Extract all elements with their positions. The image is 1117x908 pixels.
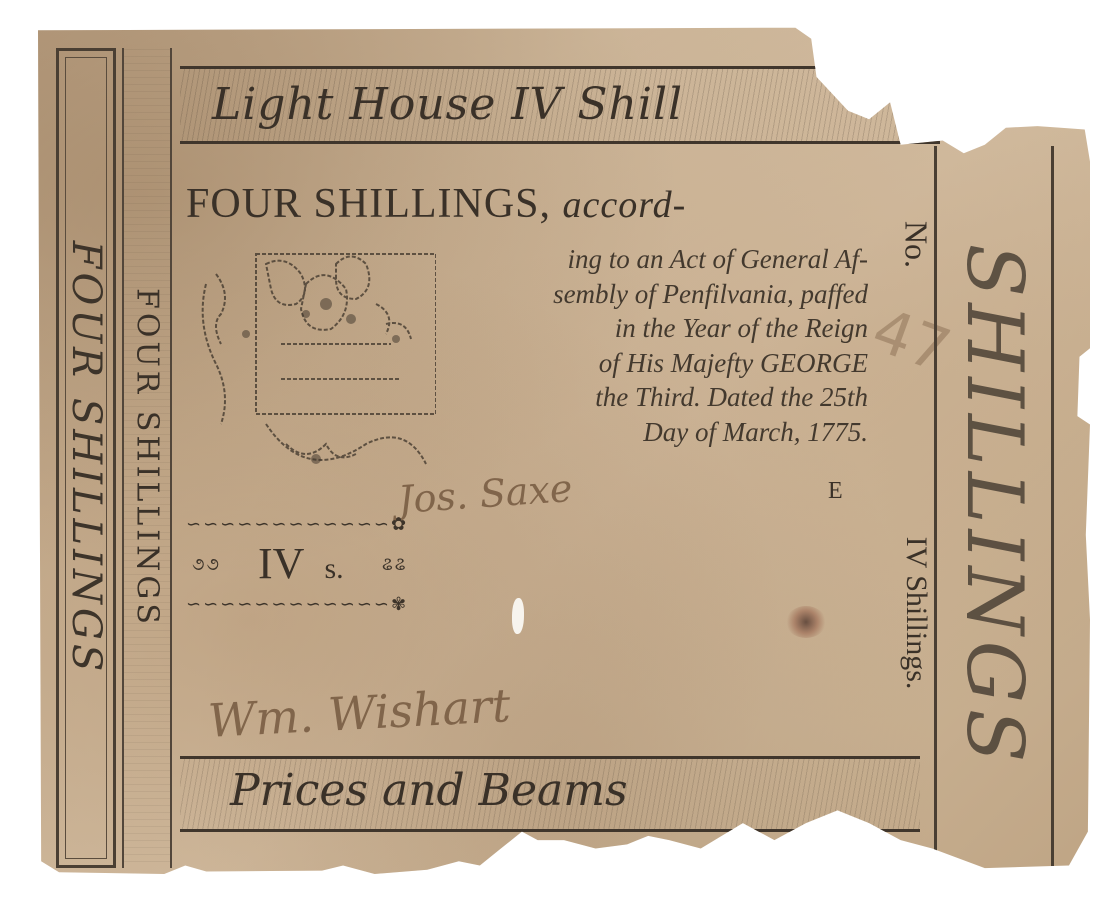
serial-label: No. xyxy=(898,221,935,268)
coat-of-arms-icon xyxy=(186,244,436,506)
scroll-ornament-icon: ૭૭ xyxy=(192,554,232,574)
ornament-border-icon: ∽∽∽∽∽∽∽∽∽∽∽∽✿ xyxy=(186,514,448,534)
signature-2: Wm. Wishart xyxy=(207,678,512,748)
body-line: ing to an Act of General Af- xyxy=(438,242,868,277)
denomination-block: ∽∽∽∽∽∽∽∽∽∽∽∽✿ IVs. ૭૭ ଌଌ ∽∽∽∽∽∽∽∽∽∽∽∽✾ xyxy=(186,508,448,618)
left-inner-text: FOUR SHILLINGS xyxy=(130,288,165,628)
top-banner: Light House IV Shill xyxy=(180,66,940,144)
scroll-ornament-icon: ଌଌ xyxy=(382,554,442,574)
right-decorative-border: SHILLINGS xyxy=(934,146,1054,866)
left-outer-border: FOUR SHILLINGS xyxy=(56,48,116,868)
denomination-unit: s. xyxy=(324,552,343,585)
body-line: of His Majefty GEORGE xyxy=(438,346,868,381)
bottom-banner-text: Prices and Beams xyxy=(230,765,628,816)
body-line: sembly of Penfilvania, paffed xyxy=(438,277,868,312)
heading-main: FOUR SHILLINGS, xyxy=(186,181,551,227)
right-text-column: No. IV Shillings. xyxy=(896,186,936,726)
denomination-numeral: IV xyxy=(258,539,304,588)
plate-letter: E xyxy=(828,478,843,505)
body-line: in the Year of the Reign xyxy=(438,311,868,346)
banknote: FOUR SHILLINGS FOUR SHILLINGS Light Hous… xyxy=(38,26,1090,874)
top-banner-text: Light House IV Shill xyxy=(212,79,683,130)
bottom-banner: Prices and Beams xyxy=(180,756,920,832)
body-line: Day of March, 1775. xyxy=(438,415,868,450)
ornament-border-icon: ∽∽∽∽∽∽∽∽∽∽∽∽✾ xyxy=(186,594,448,614)
left-border-text: FOUR SHILLINGS xyxy=(63,241,109,675)
right-border-text: SHILLINGS xyxy=(949,244,1039,769)
right-value-text: IV Shillings. xyxy=(899,537,933,690)
heading: FOUR SHILLINGS, accord- xyxy=(186,180,686,228)
left-inner-strip: FOUR SHILLINGS xyxy=(122,48,172,868)
body-text: ing to an Act of General Af- sembly of P… xyxy=(438,242,868,449)
denomination: IVs. xyxy=(258,538,344,589)
body-line: the Third. Dated the 25th xyxy=(438,380,868,415)
paper-stain xyxy=(786,606,826,638)
paper-hole xyxy=(512,598,524,634)
heading-continuation: accord- xyxy=(563,184,687,226)
